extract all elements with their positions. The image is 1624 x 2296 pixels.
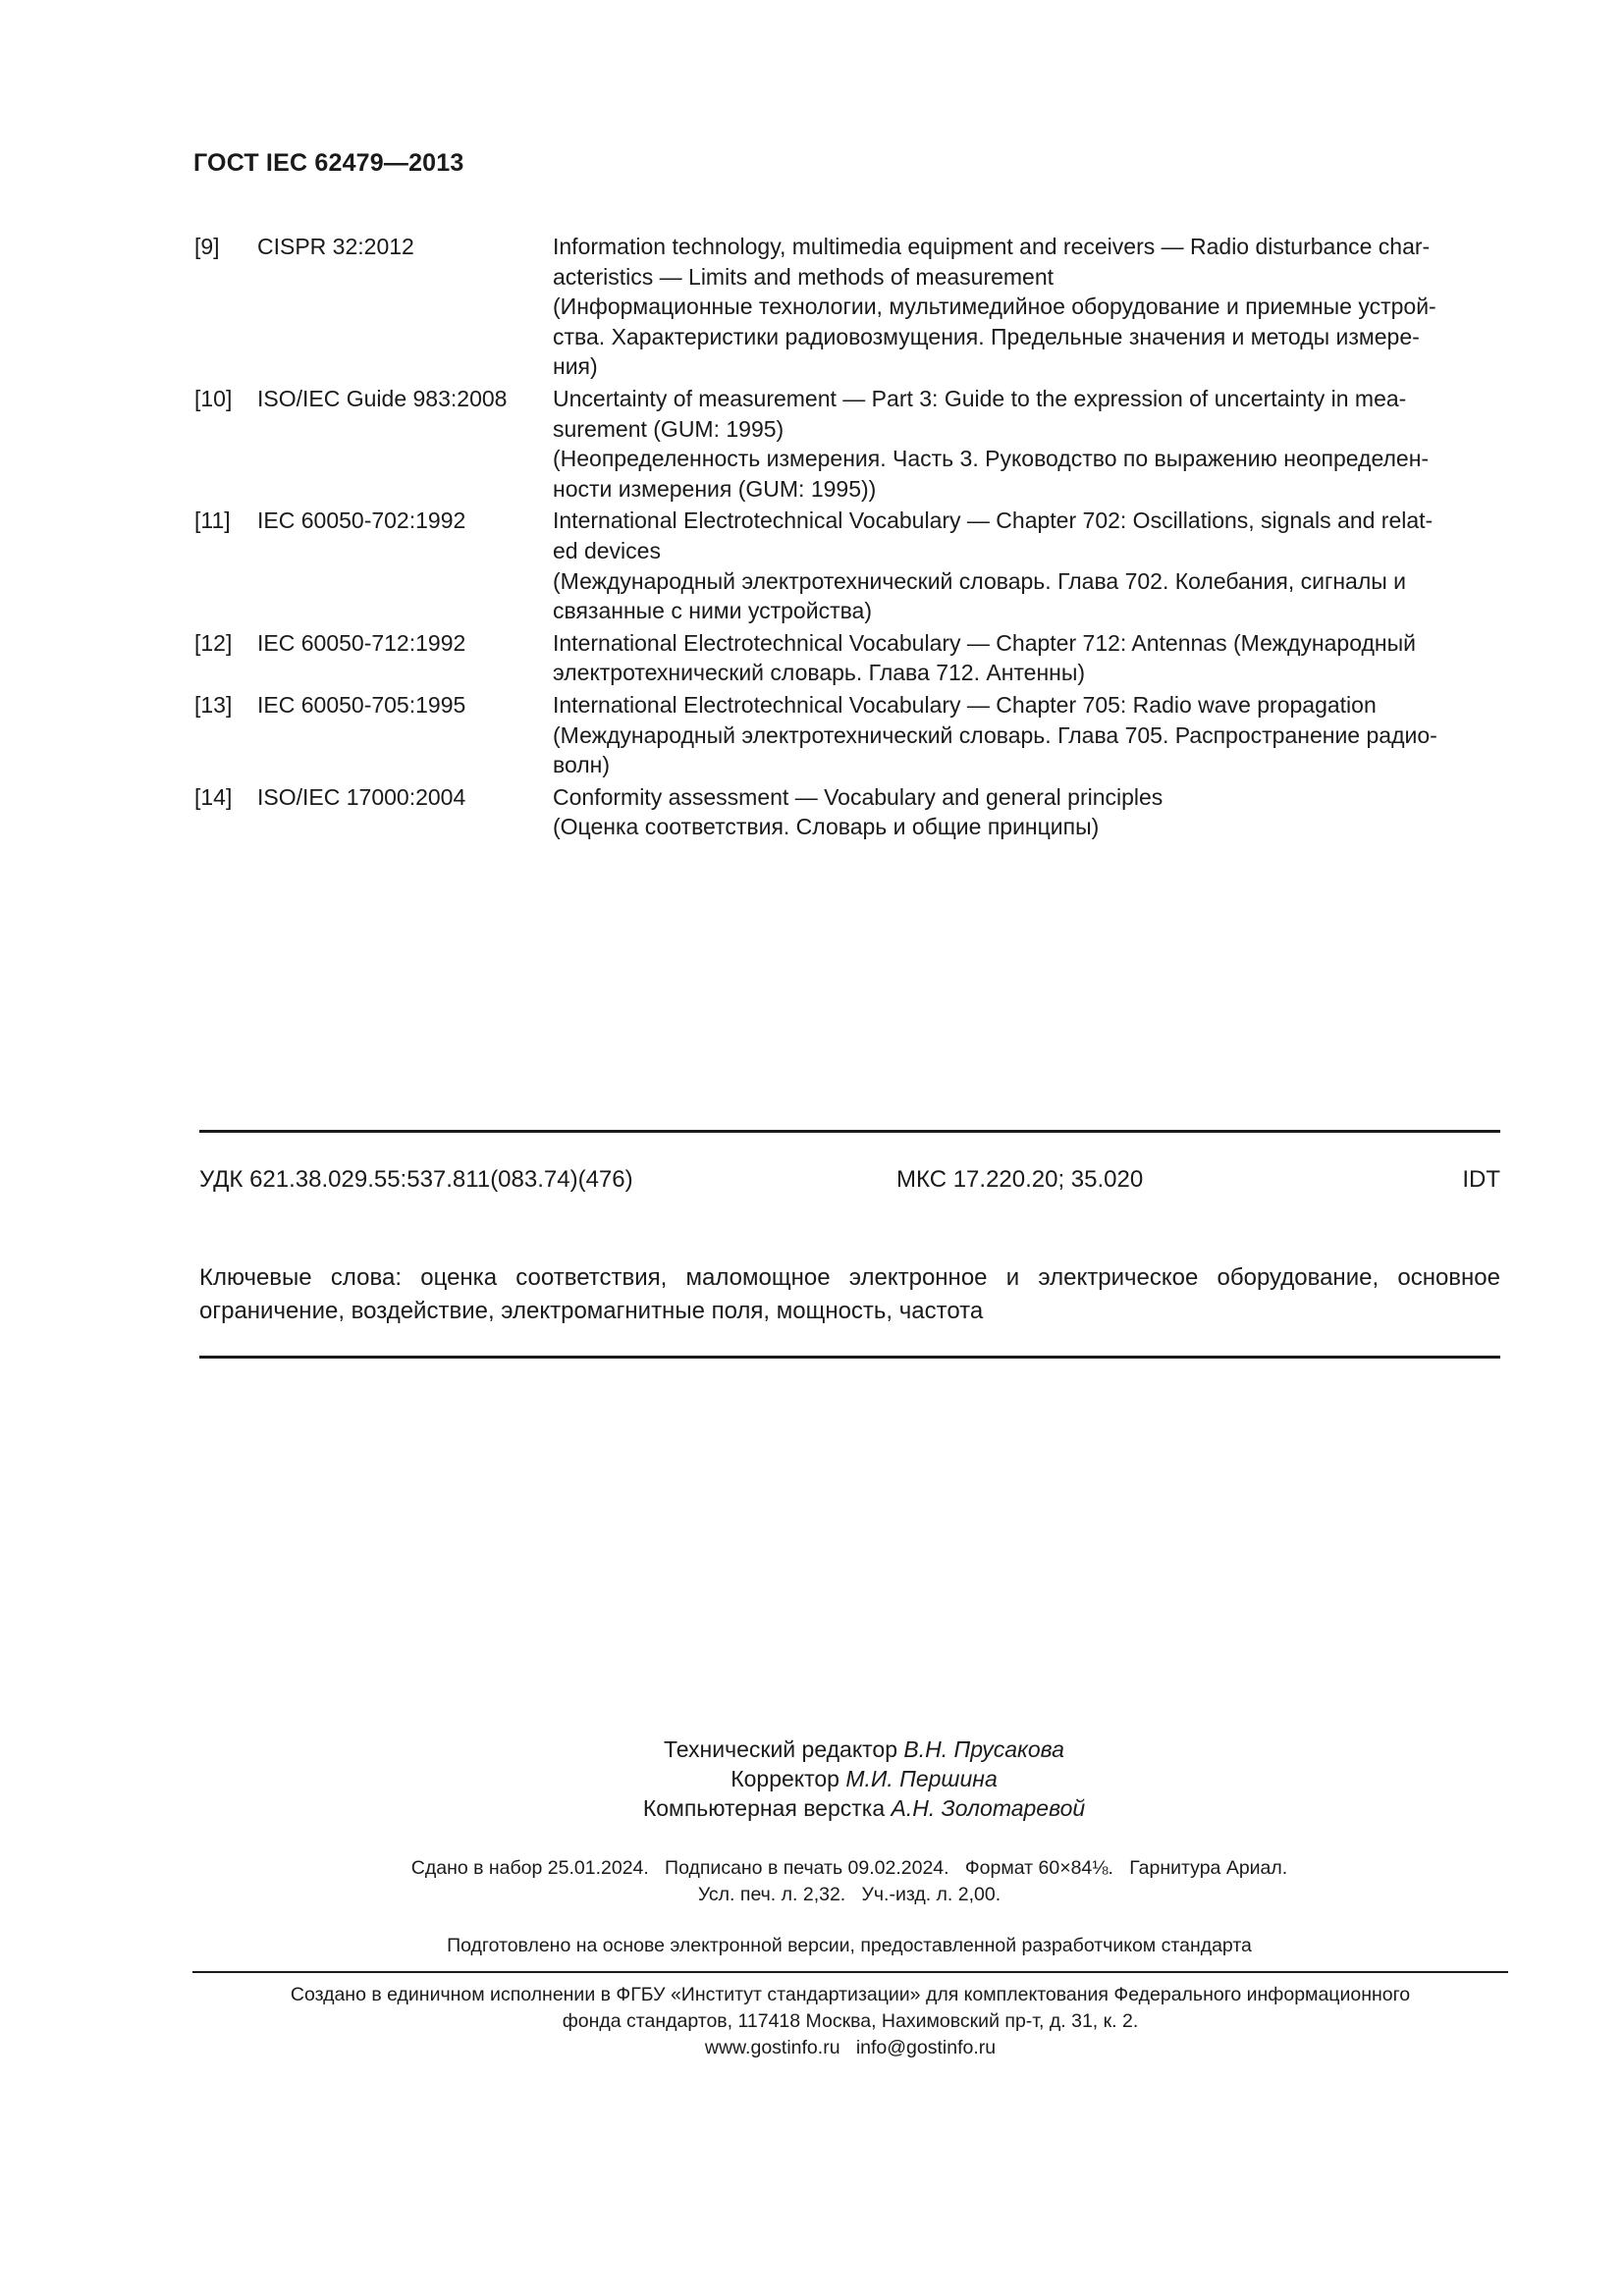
- reference-number: [9]: [194, 232, 257, 382]
- reference-title: Uncertainty of measurement — Part 3: Gui…: [553, 384, 1510, 504]
- reference-text-line: International Electrotechnical Vocabular…: [553, 628, 1510, 659]
- publisher-line: фонда стандартов, 117418 Москва, Нахимов…: [192, 2008, 1508, 2035]
- publisher-line: Создано в единичном исполнении в ФГБУ «И…: [192, 1982, 1508, 2008]
- reference-text-line: International Electrotechnical Vocabular…: [553, 690, 1510, 721]
- credit-name: В.Н. Прусакова: [903, 1736, 1064, 1762]
- reference-text-line: surement (GUM: 1995): [553, 414, 1510, 445]
- reference-text-line: ности измерения (GUM: 1995)): [553, 474, 1510, 505]
- reference-text-line: электротехнический словарь. Глава 712. А…: [553, 658, 1510, 688]
- credit-role: Компьютерная верстка: [643, 1795, 885, 1821]
- reference-text-line: Conformity assessment — Vocabulary and g…: [553, 782, 1510, 813]
- credit-role: Корректор: [731, 1766, 839, 1791]
- reference-code: CISPR 32:2012: [257, 232, 553, 382]
- bibliography-list: [9] CISPR 32:2012 Information technology…: [194, 232, 1510, 844]
- document-header-title: ГОСТ IEC 62479—2013: [193, 149, 464, 178]
- email-link[interactable]: info@gostinfo.ru: [856, 2037, 996, 2058]
- credit-role: Технический редактор: [664, 1736, 897, 1762]
- reference-number: [12]: [194, 628, 257, 688]
- divider: [199, 1130, 1500, 1133]
- reference-code: IEC 60050-702:1992: [257, 506, 553, 625]
- bibliography-item: [11] IEC 60050-702:1992 International El…: [194, 506, 1510, 625]
- publisher-info: Создано в единичном исполнении в ФГБУ «И…: [192, 1982, 1508, 2061]
- reference-text-line: acteristics — Limits and methods of meas…: [553, 262, 1510, 293]
- reference-code: IEC 60050-712:1992: [257, 628, 553, 688]
- reference-text-line: связанные с ними устройства): [553, 596, 1510, 626]
- reference-title: Information technology, multimedia equip…: [553, 232, 1510, 382]
- prepared-note: Подготовлено на основе электронной верси…: [196, 1935, 1502, 1957]
- udk-code: УДК 621.38.029.55:537.811(083.74)(476): [199, 1166, 896, 1194]
- bibliography-item: [10] ISO/IEC Guide 983:2008 Uncertainty …: [194, 384, 1510, 504]
- print-imprint: Сдано в набор 25.01.2024. Подписано в пе…: [196, 1855, 1502, 1908]
- reference-text-line: Uncertainty of measurement — Part 3: Gui…: [553, 384, 1510, 414]
- reference-title: International Electrotechnical Vocabular…: [553, 628, 1510, 688]
- mks-code: МКС 17.220.20; 35.020: [896, 1166, 1462, 1194]
- imprint-line: Сдано в набор 25.01.2024. Подписано в пе…: [196, 1855, 1502, 1882]
- reference-code: IEC 60050-705:1995: [257, 690, 553, 780]
- divider: [192, 1971, 1508, 1973]
- reference-title: International Electrotechnical Vocabular…: [553, 506, 1510, 625]
- reference-title: Conformity assessment — Vocabulary and g…: [553, 782, 1510, 842]
- credit-line: Корректор М.И. Першина: [0, 1764, 1624, 1793]
- reference-number: [10]: [194, 384, 257, 504]
- reference-number: [11]: [194, 506, 257, 625]
- reference-text-line: ства. Характеристики радиовозмущения. Пр…: [553, 322, 1510, 352]
- reference-text-line: (Международный электротехнический словар…: [553, 721, 1510, 751]
- keywords: Ключевые слова: оценка соответствия, мал…: [199, 1261, 1500, 1328]
- reference-text-line: (Оценка соответствия. Словарь и общие пр…: [553, 812, 1510, 842]
- reference-text-line: ния): [553, 351, 1510, 382]
- reference-text-line: Information technology, multimedia equip…: [553, 232, 1510, 262]
- bibliography-item: [13] IEC 60050-705:1995 International El…: [194, 690, 1510, 780]
- publisher-contacts: www.gostinfo.ru info@gostinfo.ru: [192, 2035, 1508, 2061]
- website-link[interactable]: www.gostinfo.ru: [705, 2037, 840, 2058]
- reference-text-line: (Неопределенность измерения. Часть 3. Ру…: [553, 444, 1510, 474]
- bibliography-item: [12] IEC 60050-712:1992 International El…: [194, 628, 1510, 688]
- credit-name: М.И. Першина: [845, 1766, 997, 1791]
- reference-title: International Electrotechnical Vocabular…: [553, 690, 1510, 780]
- reference-text-line: волн): [553, 750, 1510, 780]
- reference-text-line: (Информационные технологии, мультимедийн…: [553, 292, 1510, 322]
- credit-name: А.Н. Золотаревой: [892, 1795, 1086, 1821]
- credit-line: Компьютерная верстка А.Н. Золотаревой: [0, 1793, 1624, 1823]
- reference-number: [14]: [194, 782, 257, 842]
- reference-text-line: (Международный электротехнический словар…: [553, 566, 1510, 597]
- credit-line: Технический редактор В.Н. Прусакова: [0, 1735, 1624, 1764]
- reference-text-line: International Electrotechnical Vocabular…: [553, 506, 1510, 536]
- reference-text-line: ed devices: [553, 536, 1510, 566]
- bibliography-item: [14] ISO/IEC 17000:2004 Conformity asses…: [194, 782, 1510, 842]
- editorial-credits: Технический редактор В.Н. Прусакова Корр…: [0, 1735, 1624, 1823]
- equivalence-degree: IDT: [1462, 1166, 1500, 1194]
- reference-number: [13]: [194, 690, 257, 780]
- bibliography-item: [9] CISPR 32:2012 Information technology…: [194, 232, 1510, 382]
- imprint-line: Усл. печ. л. 2,32. Уч.-изд. л. 2,00.: [196, 1882, 1502, 1908]
- classification-codes: УДК 621.38.029.55:537.811(083.74)(476) М…: [199, 1166, 1500, 1194]
- reference-code: ISO/IEC 17000:2004: [257, 782, 553, 842]
- divider: [199, 1356, 1500, 1359]
- reference-code: ISO/IEC Guide 983:2008: [257, 384, 553, 504]
